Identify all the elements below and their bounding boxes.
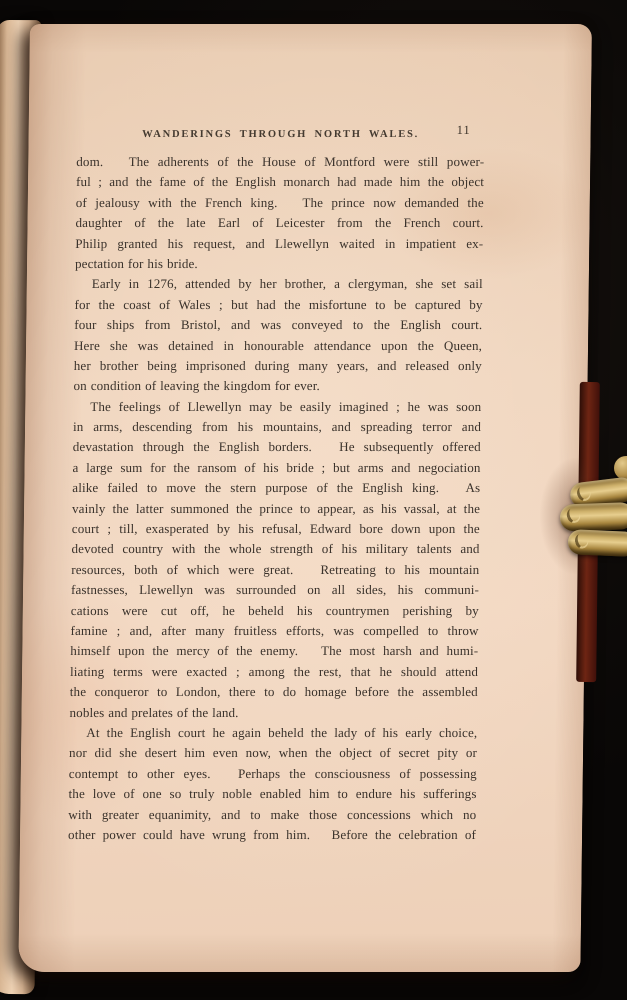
clasp-prong [560,502,627,532]
text-line: the conqueror to London, there to do hom… [70,682,478,702]
text-line: contempt to other eyes. Perhaps the cons… [69,764,477,784]
text-line: four ships from Bristol, and was conveye… [74,315,482,335]
text-line: Here she was detained in honourable atte… [74,336,482,356]
text-line: Early in 1276, attended by her brother, … [75,274,483,294]
text-line: cations were cut off, he beheld his coun… [71,601,479,621]
text-line: himself upon the mercy of the enemy. The… [70,641,478,661]
text-line: a large sum for the ransom of his bride … [72,458,480,478]
text-line: alike failed to move the stern purpose o… [72,478,480,498]
text-line: liating terms were exacted ; among the r… [70,662,478,682]
text-line: pectation for his bride. [75,254,483,274]
text-line: At the English court he again beheld the… [69,723,477,743]
text-line: fastnesses, Llewellyn was surrounded on … [71,580,479,600]
text-line: daughter of the late Earl of Leicester f… [75,213,483,233]
text-line: nor did she desert him even now, when th… [69,743,477,763]
text-line: in arms, descending from his mountains, … [73,417,481,437]
text-line: Philip granted his request, and Llewelly… [75,234,483,254]
page-body: dom. The adherents of the House of Montf… [68,152,484,845]
text-line: resources, both of which were great. Ret… [71,560,479,580]
text-line: the love of one so truly noble enabled h… [68,784,476,804]
book-page: WANDERINGS THROUGH NORTH WALES. 11 dom. … [18,24,592,972]
text-line: on condition of leaving the kingdom for … [73,376,481,396]
brass-clasp-icon [552,450,627,572]
text-line: for the coast of Wales ; but had the mis… [74,295,482,315]
running-title: WANDERINGS THROUGH NORTH WALES. [142,129,419,140]
text-line: ful ; and the fame of the English monarc… [76,172,484,192]
text-line: her brother being imprisoned during many… [74,356,482,376]
clasp-knob [614,456,627,480]
text-line: court ; till, exasperated by his refusal… [72,519,480,539]
text-line: vainly the latter summoned the prince to… [72,499,480,519]
page-header: WANDERINGS THROUGH NORTH WALES. 11 [77,124,485,142]
text-line: devastation through the English borders.… [73,437,481,457]
text-line: devoted country with the whole strength … [71,539,479,559]
clasp-prong [568,529,627,557]
text-line: dom. The adherents of the House of Montf… [76,152,484,172]
page-number: 11 [457,123,471,138]
text-line: The feelings of Llewellyn may be easily … [73,397,481,417]
book-photo-background: WANDERINGS THROUGH NORTH WALES. 11 dom. … [0,0,627,1000]
text-line: nobles and prelates of the land. [69,703,477,723]
text-line: famine ; and, after many fruitless effor… [70,621,478,641]
text-line: with greater equanimity, and to make tho… [68,805,476,825]
text-line: of jealousy with the French king. The pr… [76,193,484,213]
text-line: other power could have wrung from him. B… [68,825,476,845]
